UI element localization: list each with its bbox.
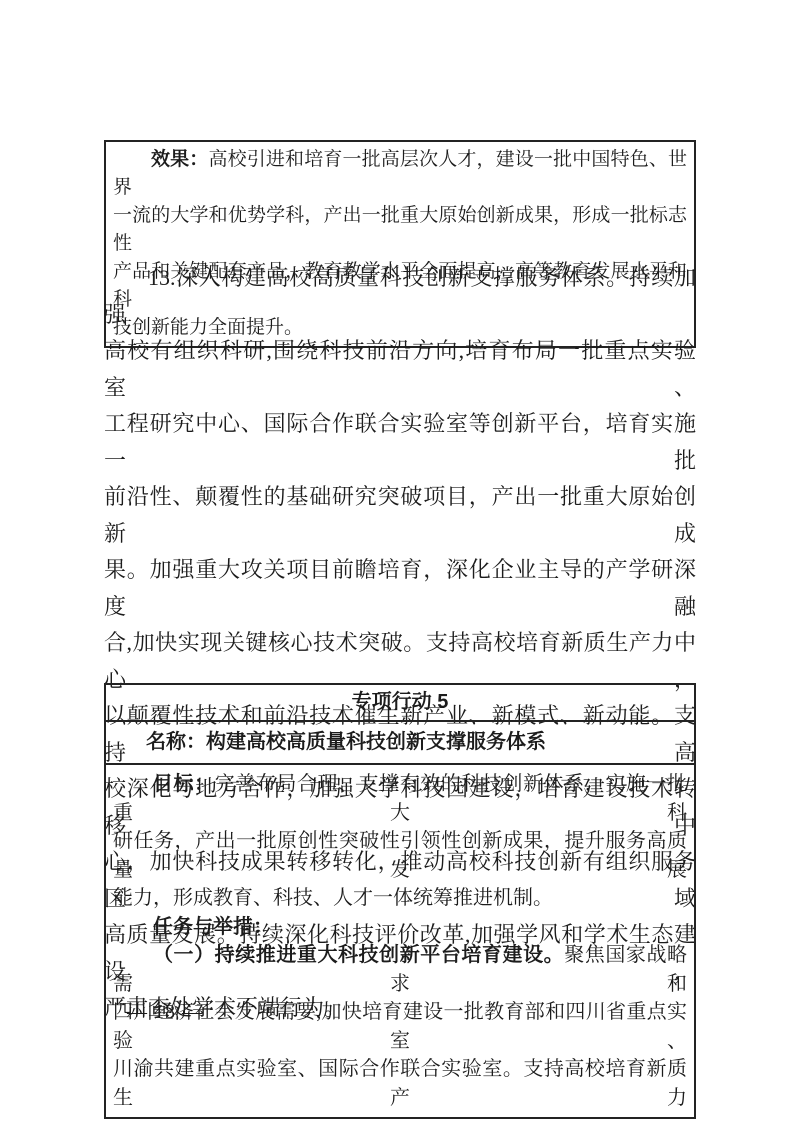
text-line: 一流的大学和优势学科，产出一批重大原始创新成果，形成一批标志性	[113, 202, 687, 258]
page-number: — 18 —	[127, 1001, 203, 1024]
table-name-row: 名称：构建高校高质量科技创新支撑服务体系	[106, 722, 694, 765]
tasks-measures-label: 任务与举措：	[113, 913, 687, 942]
text-line: 能力，形成教育、科技、人才一体统筹推进机制。	[113, 884, 687, 913]
special-action-table: 专项行动 5 名称：构建高校高质量科技创新支撑服务体系 目标：完善布局合理、支撑…	[104, 683, 696, 1119]
text-line: 果。加强重大攻关项目前瞻培育，深化企业主导的产学研深度融	[104, 552, 696, 625]
text-line: 工程研究中心、国际合作联合实验室等创新平台，培育实施一批	[104, 406, 696, 479]
text-line: （一）持续推进重大科技创新平台培育建设。聚焦国家战略需求和	[113, 941, 687, 998]
text-line: 目标：完善布局合理、支撑有效的科技创新体系，实施一批重大科	[113, 770, 687, 827]
text-line: 前沿性、颠覆性的基础研究突破项目，产出一批重大原始创新成	[104, 479, 696, 552]
document-page: 效果：高校引进和培育一批高层次人才，建设一批中国特色、世界 一流的大学和优势学科…	[0, 0, 793, 1122]
table-body-cell: 目标：完善布局合理、支撑有效的科技创新体系，实施一批重大科 研任务，产出一批原创…	[106, 765, 694, 1117]
table-header: 专项行动 5	[106, 685, 694, 722]
text-line: 高校有组织科研,围绕科技前沿方向,培育布局一批重点实验室、	[104, 333, 696, 406]
text-line: 效果：高校引进和培育一批高层次人才，建设一批中国特色、世界	[113, 146, 687, 202]
effect-label: 效果：	[151, 149, 208, 170]
task-item-lead: （一）持续推进重大科技创新平台培育建设。	[153, 944, 564, 966]
text-line: 研任务，产出一批原创性突破性引领性创新成果，提升服务高质量发展	[113, 827, 687, 884]
text-line: 川渝共建重点实验室、国际合作联合实验室。支持高校培育新质生产力	[113, 1055, 687, 1112]
text-line: 13.深入构建高校高质量科技创新支撑服务体系。持续加强	[104, 260, 696, 333]
goal-label: 目标：	[153, 773, 215, 795]
